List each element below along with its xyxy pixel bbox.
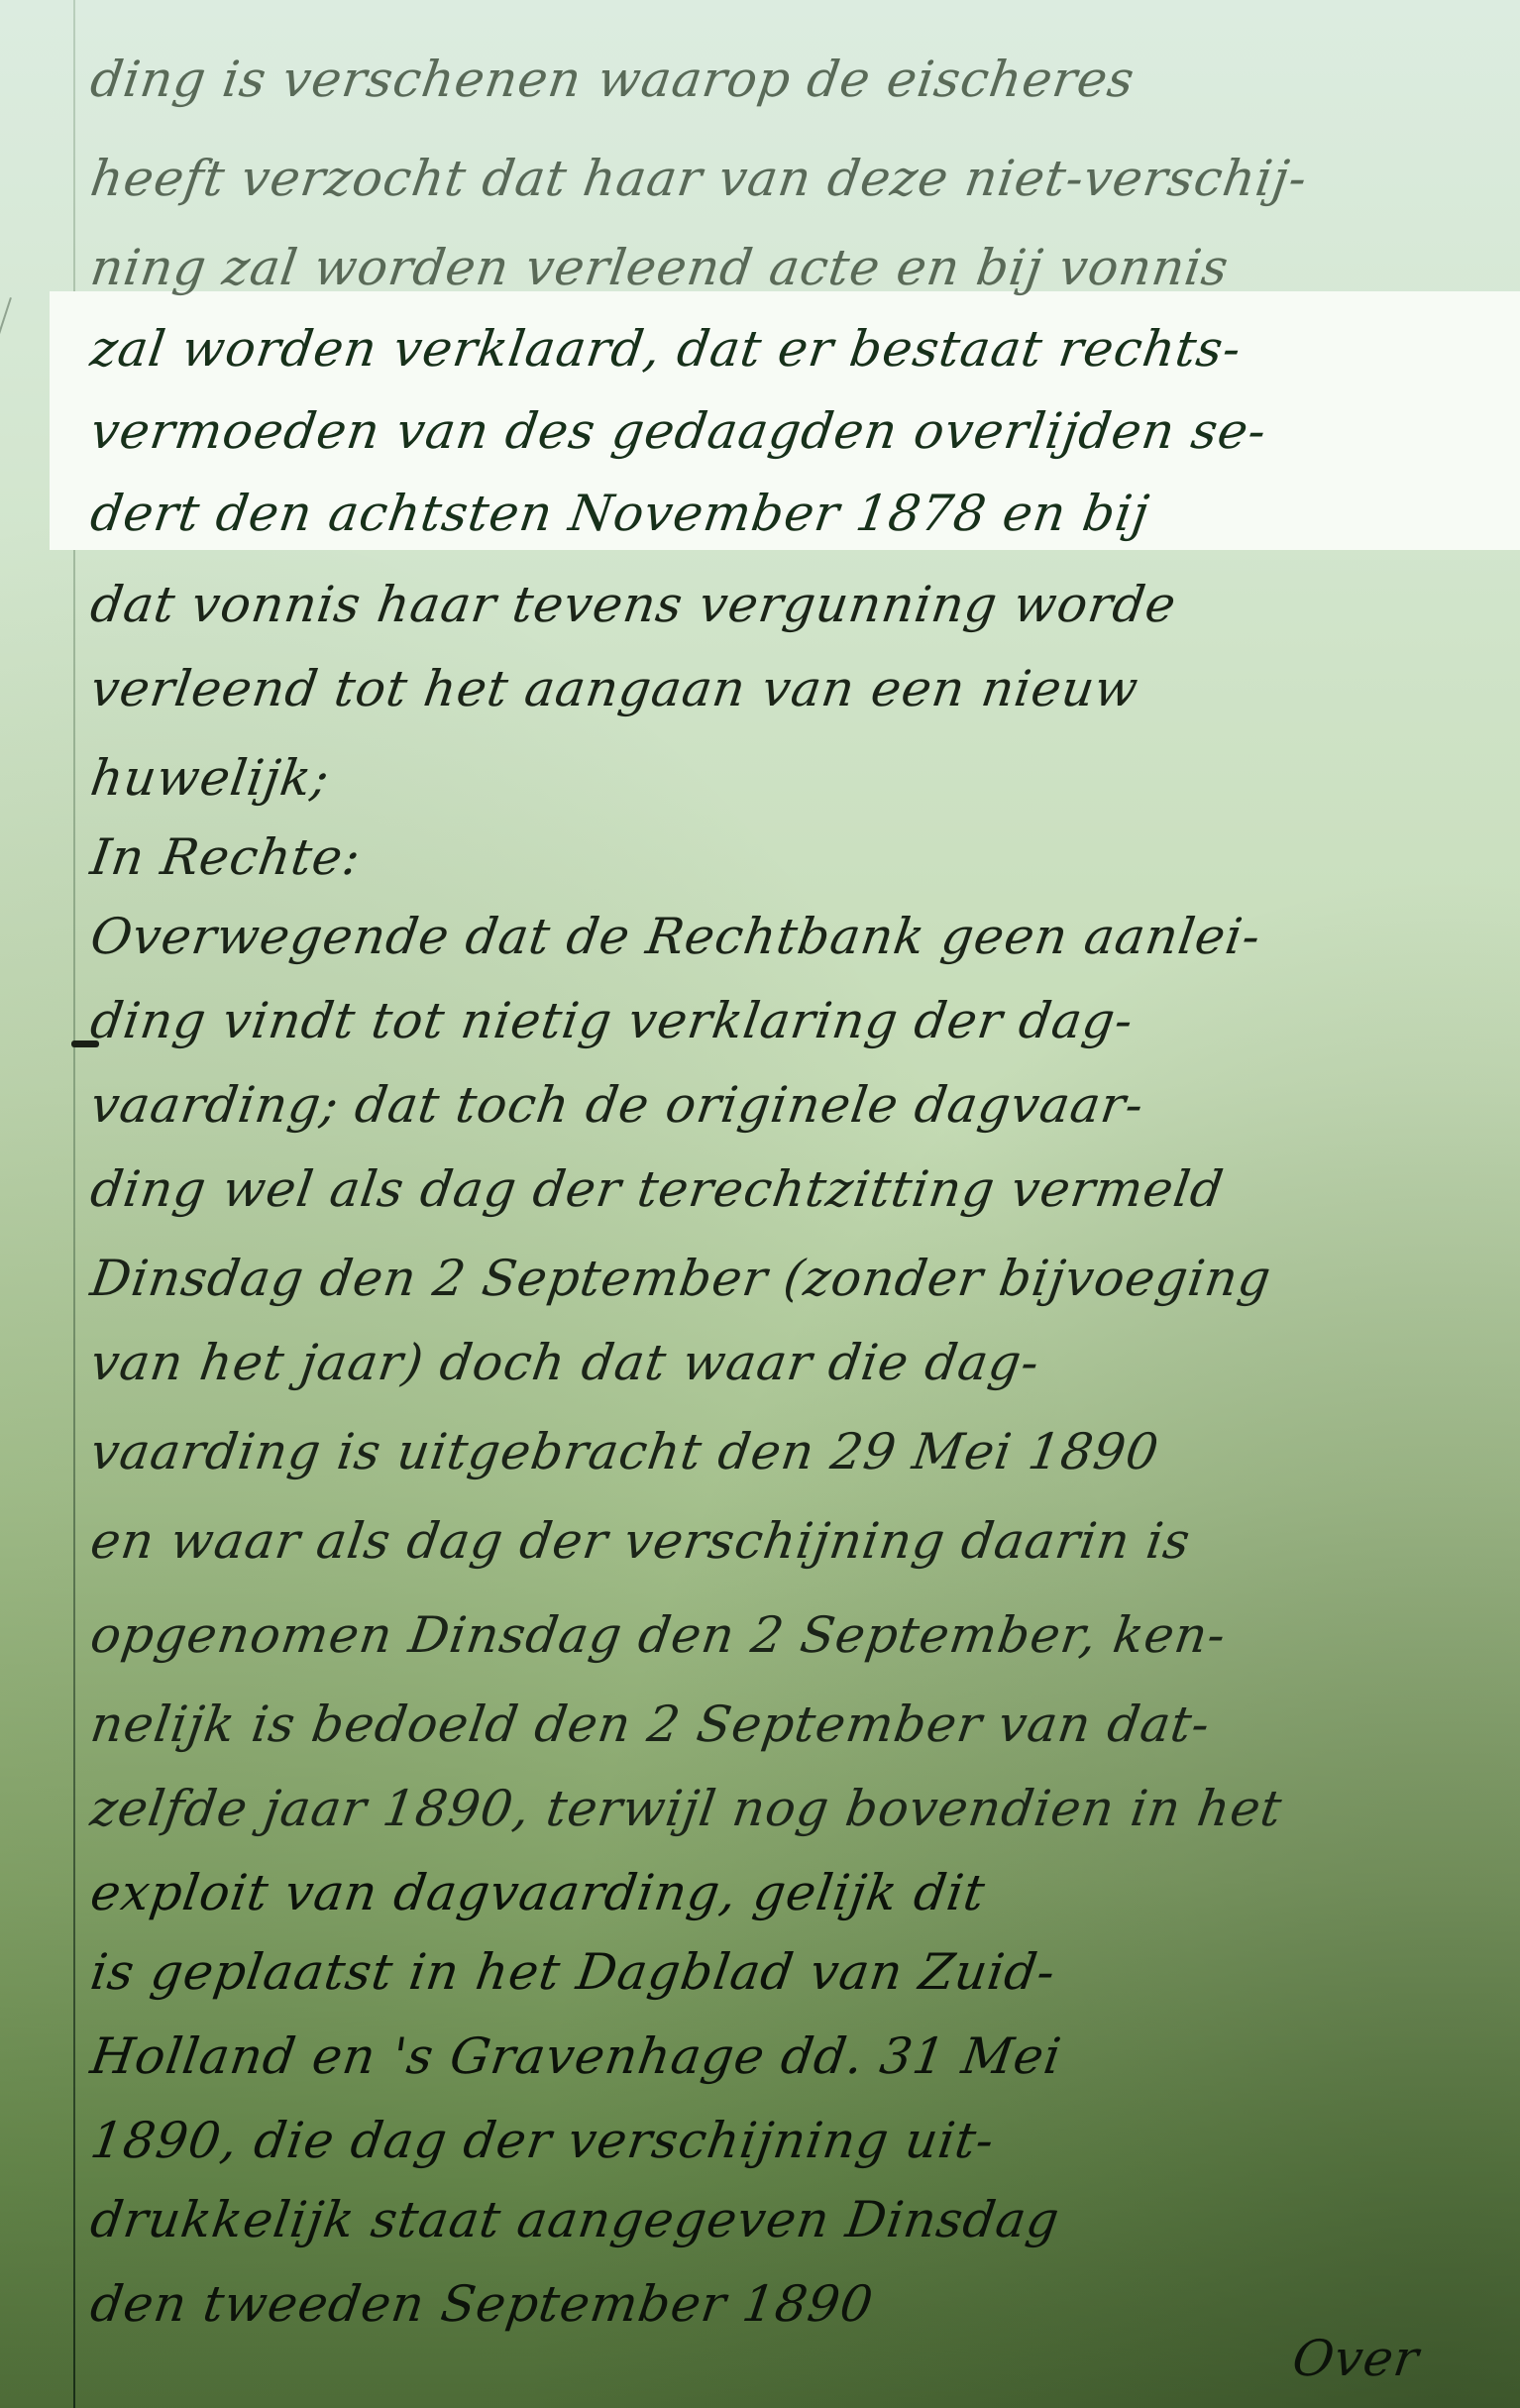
text-line: den tweeden September 1890 — [85, 2264, 878, 2344]
text-line: van het jaar) doch dat waar die dag- — [85, 1323, 1044, 1402]
highlighted-text-line: dert den achtsten November 1878 en bij — [85, 474, 1154, 553]
text-line: verleend tot het aangaan van een nieuw — [85, 649, 1143, 728]
text-line: heeft verzocht dat haar van deze niet-ve… — [85, 139, 1312, 218]
text-line: opgenomen Dinsdag den 2 September, ken- — [85, 1595, 1231, 1675]
text-line: zelfde jaar 1890, terwijl nog bovendien … — [85, 1769, 1287, 1848]
text-line: vaarding; dat toch de originele dagvaar- — [85, 1065, 1148, 1145]
pencil-margin-stroke — [0, 297, 12, 581]
text-line: ning zal worden verleend acte en bij von… — [85, 228, 1234, 307]
text-line: 1890, die dag der verschijning uit- — [85, 2101, 999, 2180]
text-line: Overwegende dat de Rechtbank geen aanlei… — [85, 897, 1265, 976]
text-line: nelijk is bedoeld den 2 September van da… — [85, 1685, 1215, 1764]
text-line: huwelijk; — [85, 738, 335, 818]
text-line: ding vindt tot nietig verklaring der dag… — [85, 981, 1139, 1060]
text-line: Dinsdag den 2 September (zonder bijvoegi… — [85, 1239, 1276, 1318]
highlighted-text-line: zal worden verklaard, dat er bestaat rec… — [85, 309, 1247, 388]
text-line: drukkelijk staat aangegeven Dinsdag — [85, 2180, 1064, 2259]
text-line: en waar als dag der verschijning daarin … — [85, 1501, 1195, 1581]
text-line: dat vonnis haar tevens vergunning worde — [85, 565, 1181, 644]
catchword: Over — [1287, 2319, 1424, 2398]
text-line: ding is verschenen waarop de eischeres — [85, 40, 1140, 119]
text-line: Holland en 's Gravenhage dd. 31 Mei — [85, 2017, 1066, 2096]
highlighted-text-line: vermoeden van des gedaagden overlijden s… — [85, 391, 1271, 471]
text-line: ding wel als dag der terechtzitting verm… — [85, 1149, 1229, 1229]
document-page: ding is verschenen waarop de eischeres h… — [0, 0, 1520, 2408]
text-line: is geplaatst in het Dagblad van Zuid- — [85, 1932, 1060, 2012]
text-line: vaarding is uitgebracht den 29 Mei 1890 — [85, 1412, 1164, 1491]
text-line: exploit van dagvaarding, gelijk dit — [85, 1853, 990, 1932]
section-heading: In Rechte: — [85, 818, 366, 897]
